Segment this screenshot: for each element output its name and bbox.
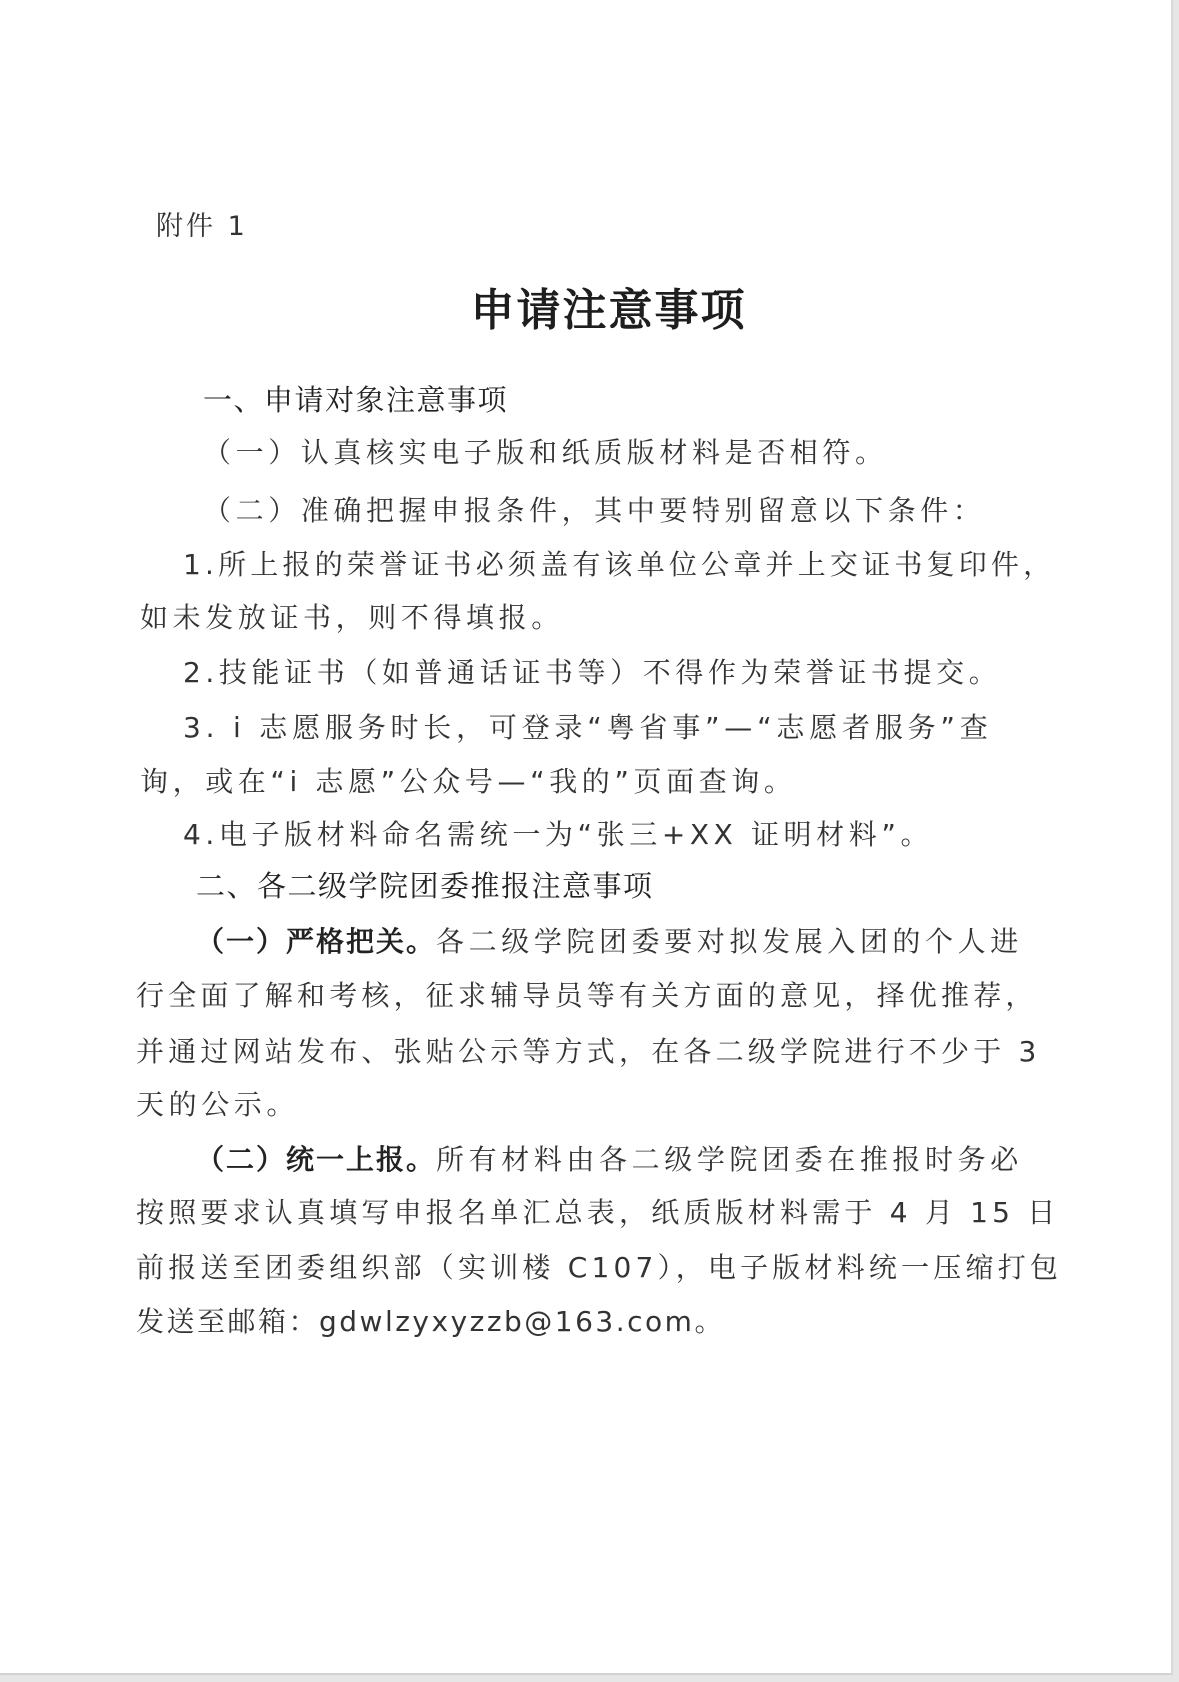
section-2-item-2-line-1: （二）统一上报。所有材料由各二级学院团委在推报时务必	[196, 1138, 1023, 1178]
section-2-item-1-line-2: 行全面了解和考核，征求辅导员等有关方面的意见，择优推荐，	[136, 974, 1038, 1014]
section-2-item-1-line-3: 并通过网站发布、张贴公示等方式，在各二级学院进行不少于 3	[136, 1030, 1041, 1070]
section-2-item-1-label: （一）严格把关。	[196, 925, 436, 958]
section-1-item-1: （一）认真核实电子版和纸质版材料是否相符。	[203, 431, 888, 471]
section-2-item-1-text: 各二级学院团委要对拟发展入团的个人进	[436, 925, 1023, 958]
section-1-point-3-line-1: 3. i 志愿服务时长，可登录“粤省事”—“志愿者服务”查	[183, 706, 993, 746]
section-2-item-1-line-4: 天的公示。	[136, 1083, 299, 1123]
section-1-point-1-line-2: 如未发放证书，则不得填报。	[140, 596, 564, 636]
section-2-item-1-line-1: （一）严格把关。各二级学院团委要对拟发展入团的个人进	[196, 920, 1023, 960]
document-title: 申请注意事项	[0, 274, 1179, 338]
section-2-item-2-text: 所有材料由各二级学院团委在推报时务必	[436, 1143, 1023, 1176]
section-1-point-4: 4.电子版材料命名需统一为“张三+XX 证明材料”。	[183, 813, 933, 853]
section-1-point-2: 2.技能证书（如普通话证书等）不得作为荣誉证书提交。	[183, 651, 1001, 691]
section-2-heading: 二、各二级学院团委推报注意事项	[196, 864, 654, 905]
section-2-item-2-line-2: 按照要求认真填写申报名单汇总表，纸质版材料需于 4 月 15 日	[136, 1191, 1059, 1231]
section-1-point-3-line-2: 询，或在“i 志愿”公众号—“我的”页面查询。	[140, 760, 797, 800]
document-page: 附件 1 申请注意事项 一、申请对象注意事项 （一）认真核实电子版和纸质版材料是…	[0, 0, 1173, 1675]
section-2-item-2-label: （二）统一上报。	[196, 1143, 436, 1176]
attachment-label: 附件 1	[156, 204, 248, 243]
section-2-item-2-line-3: 前报送至团委组织部（实训楼 C107），电子版材料统一压缩打包	[136, 1246, 1062, 1286]
section-2-item-2-line-4: 发送至邮箱：gdwlzyxyzzb@163.com。	[136, 1300, 725, 1340]
section-1-item-2: （二）准确把握申报条件，其中要特别留意以下条件：	[203, 489, 985, 529]
section-1-heading: 一、申请对象注意事项	[203, 378, 508, 419]
section-1-point-1-line-1: 1.所上报的荣誉证书必须盖有该单位公章并上交证书复印件，	[183, 543, 1055, 583]
